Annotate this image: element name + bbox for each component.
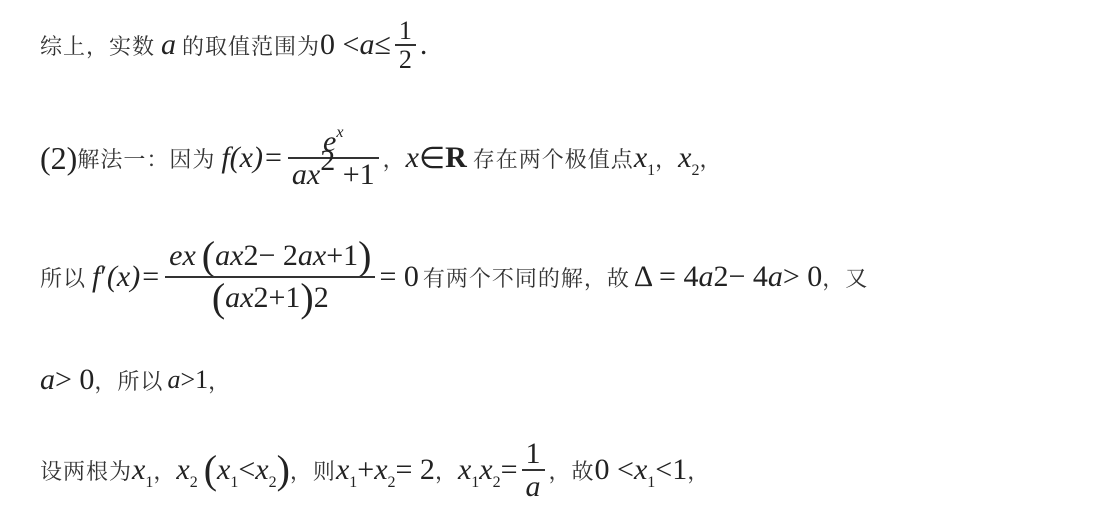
part2-intro-line: (2) 解法一：因为 f (x) = ex ax2 +1 ， x ∈ R 存在两… <box>40 118 723 198</box>
inequality: 0 < <box>320 28 359 62</box>
text-middle: 的取值范围为 <box>182 30 320 61</box>
fraction-one-over-a: 1 a <box>522 438 545 503</box>
reals-symbol: R <box>445 141 467 175</box>
derivative-fraction: ex ( ax2 − 2 ax +1 ) ( ax2 +1 )2 <box>165 236 375 318</box>
function-fraction: ex ax2 +1 <box>288 126 379 191</box>
conclusion-line: 综上，实数 a 的取值范围为 0 < a ≤ 1 2 . <box>40 10 427 80</box>
part-label: (2) <box>40 140 77 177</box>
leq-sign: ≤ <box>374 28 390 62</box>
var-a: a <box>161 28 176 62</box>
derivative-line: 所以 f ′ (x) = ex ( ax2 − 2 ax +1 ) ( ax2 … <box>40 222 868 332</box>
text-prefix: 综上，实数 <box>40 30 155 61</box>
var-a: a <box>359 28 374 62</box>
fraction-one-half: 1 2 <box>395 17 416 74</box>
roots-line: 设两根为 x1 ， x2 ( x1 < x2 ) ，则 x1 + x2 = 2 … <box>40 420 710 520</box>
a-range-line: a > 0 ，所以 a >1 ， <box>40 350 231 410</box>
method-text: 解法一：因为 <box>77 143 215 174</box>
